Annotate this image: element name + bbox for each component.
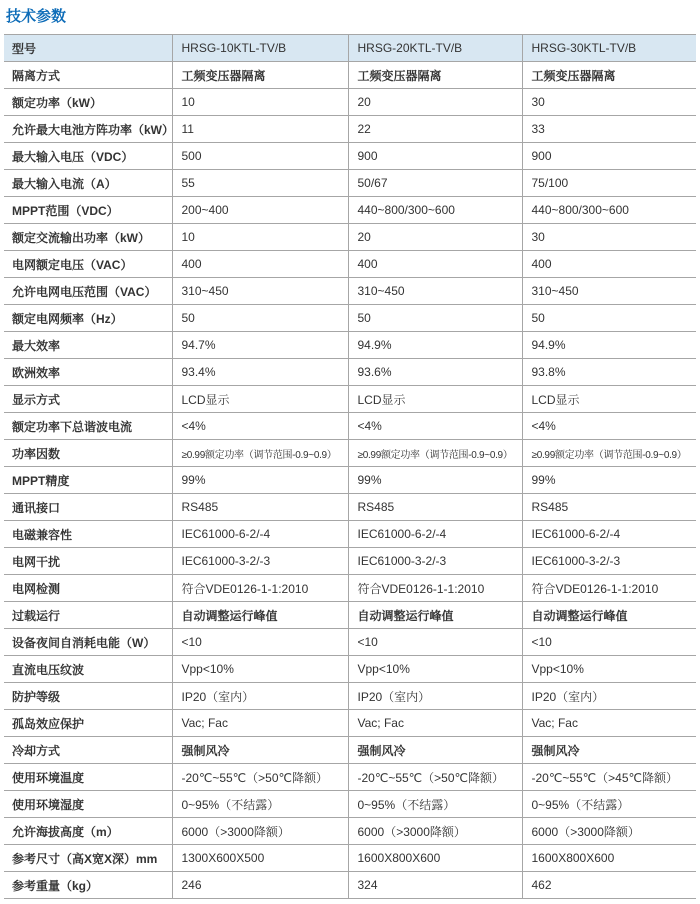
table-row: 设备夜间自消耗电能（W）<10<10<10 bbox=[4, 629, 696, 656]
spec-value: 324 bbox=[348, 872, 522, 899]
spec-value: <4% bbox=[348, 413, 522, 440]
spec-value: 94.7% bbox=[172, 332, 348, 359]
spec-value: 1600X800X600 bbox=[522, 845, 696, 872]
spec-value: Vpp<10% bbox=[348, 656, 522, 683]
spec-value: IEC61000-3-2/-3 bbox=[522, 548, 696, 575]
spec-value: ≥0.99额定功率（调节范围-0.9~0.9） bbox=[172, 440, 348, 467]
spec-label: 使用环境湿度 bbox=[4, 791, 172, 818]
spec-value: 99% bbox=[172, 467, 348, 494]
spec-value: LCD显示 bbox=[522, 386, 696, 413]
spec-value: 50 bbox=[348, 305, 522, 332]
spec-value: RS485 bbox=[522, 494, 696, 521]
table-row: 显示方式LCD显示LCD显示LCD显示 bbox=[4, 386, 696, 413]
spec-value: 符合VDE0126-1-1:2010 bbox=[348, 575, 522, 602]
spec-value: 6000（>3000降额） bbox=[172, 818, 348, 845]
spec-value: 94.9% bbox=[522, 332, 696, 359]
spec-value: 6000（>3000降额） bbox=[348, 818, 522, 845]
model-name-col2: HRSG-20KTL-TV/B bbox=[348, 35, 522, 62]
table-row: 欧洲效率93.4%93.6%93.8% bbox=[4, 359, 696, 386]
spec-value: <10 bbox=[172, 629, 348, 656]
spec-label: 防护等级 bbox=[4, 683, 172, 710]
spec-label: 功率因数 bbox=[4, 440, 172, 467]
spec-value: IP20（室内） bbox=[522, 683, 696, 710]
spec-value: 99% bbox=[348, 467, 522, 494]
spec-value: 工频变压器隔离 bbox=[348, 62, 522, 89]
table-row: 最大效率94.7%94.9%94.9% bbox=[4, 332, 696, 359]
spec-label: 额定功率下总谐波电流 bbox=[4, 413, 172, 440]
spec-label: 额定功率（kW） bbox=[4, 89, 172, 116]
spec-value: 20 bbox=[348, 224, 522, 251]
spec-value: 1300X600X500 bbox=[172, 845, 348, 872]
spec-value: 400 bbox=[522, 251, 696, 278]
model-name-col3: HRSG-30KTL-TV/B bbox=[522, 35, 696, 62]
table-row: 电网额定电压（VAC）400400400 bbox=[4, 251, 696, 278]
spec-value: Vpp<10% bbox=[522, 656, 696, 683]
model-name-col1: HRSG-10KTL-TV/B bbox=[172, 35, 348, 62]
table-row: 额定功率下总谐波电流<4%<4%<4% bbox=[4, 413, 696, 440]
spec-value: 500 bbox=[172, 143, 348, 170]
spec-label: MPPT精度 bbox=[4, 467, 172, 494]
spec-value: 自动调整运行峰值 bbox=[172, 602, 348, 629]
table-row: 电网检测符合VDE0126-1-1:2010符合VDE0126-1-1:2010… bbox=[4, 575, 696, 602]
spec-label: 允许最大电池方阵功率（kW） bbox=[4, 116, 172, 143]
spec-label: 孤岛效应保护 bbox=[4, 710, 172, 737]
table-header-row: 型号 HRSG-10KTL-TV/B HRSG-20KTL-TV/B HRSG-… bbox=[4, 35, 696, 62]
spec-label: 设备夜间自消耗电能（W） bbox=[4, 629, 172, 656]
spec-value: IEC61000-6-2/-4 bbox=[348, 521, 522, 548]
table-row: 孤岛效应保护Vac; FacVac; FacVac; Fac bbox=[4, 710, 696, 737]
spec-label: 额定电网频率（Hz） bbox=[4, 305, 172, 332]
spec-value: 工频变压器隔离 bbox=[172, 62, 348, 89]
page-title: 技术参数 bbox=[6, 8, 700, 25]
table-row: 功率因数≥0.99额定功率（调节范围-0.9~0.9）≥0.99额定功率（调节范… bbox=[4, 440, 696, 467]
spec-value: RS485 bbox=[348, 494, 522, 521]
spec-value: 310~450 bbox=[172, 278, 348, 305]
spec-value: 50/67 bbox=[348, 170, 522, 197]
spec-value: 93.8% bbox=[522, 359, 696, 386]
spec-value: 33 bbox=[522, 116, 696, 143]
spec-value: 强制风冷 bbox=[522, 737, 696, 764]
spec-value: ≥0.99额定功率（调节范围-0.9~0.9） bbox=[522, 440, 696, 467]
spec-value: 20 bbox=[348, 89, 522, 116]
spec-value: 工频变压器隔离 bbox=[522, 62, 696, 89]
spec-label: 显示方式 bbox=[4, 386, 172, 413]
spec-value: 310~450 bbox=[522, 278, 696, 305]
table-row: 允许电网电压范围（VAC）310~450310~450310~450 bbox=[4, 278, 696, 305]
spec-value: IEC61000-3-2/-3 bbox=[348, 548, 522, 575]
spec-label: 电磁兼容性 bbox=[4, 521, 172, 548]
spec-label: MPPT范围（VDC） bbox=[4, 197, 172, 224]
spec-value: 30 bbox=[522, 89, 696, 116]
spec-value: 符合VDE0126-1-1:2010 bbox=[172, 575, 348, 602]
spec-value: 440~800/300~600 bbox=[348, 197, 522, 224]
spec-value: 75/100 bbox=[522, 170, 696, 197]
spec-value: Vac; Fac bbox=[522, 710, 696, 737]
spec-value: 55 bbox=[172, 170, 348, 197]
table-row: MPPT精度99%99%99% bbox=[4, 467, 696, 494]
spec-value: Vpp<10% bbox=[172, 656, 348, 683]
spec-value: IP20（室内） bbox=[172, 683, 348, 710]
spec-value: 400 bbox=[172, 251, 348, 278]
spec-label: 过载运行 bbox=[4, 602, 172, 629]
spec-value: RS485 bbox=[172, 494, 348, 521]
spec-value: 0~95%（不结露） bbox=[348, 791, 522, 818]
spec-value: Vac; Fac bbox=[172, 710, 348, 737]
spec-value: 30 bbox=[522, 224, 696, 251]
spec-value: 50 bbox=[172, 305, 348, 332]
table-row: 直流电压纹波Vpp<10%Vpp<10%Vpp<10% bbox=[4, 656, 696, 683]
spec-value: 900 bbox=[522, 143, 696, 170]
spec-value: IEC61000-3-2/-3 bbox=[172, 548, 348, 575]
spec-value: 440~800/300~600 bbox=[522, 197, 696, 224]
spec-label: 允许电网电压范围（VAC） bbox=[4, 278, 172, 305]
spec-label: 最大输入电压（VDC） bbox=[4, 143, 172, 170]
spec-value: 自动调整运行峰值 bbox=[522, 602, 696, 629]
spec-label: 电网干扰 bbox=[4, 548, 172, 575]
table-row: MPPT范围（VDC）200~400440~800/300~600440~800… bbox=[4, 197, 696, 224]
spec-value: 自动调整运行峰值 bbox=[348, 602, 522, 629]
spec-value: IEC61000-6-2/-4 bbox=[522, 521, 696, 548]
table-row: 通讯接口RS485RS485RS485 bbox=[4, 494, 696, 521]
spec-value: 0~95%（不结露） bbox=[172, 791, 348, 818]
table-row: 最大输入电流（A）5550/6775/100 bbox=[4, 170, 696, 197]
spec-table-body: 隔离方式工频变压器隔离工频变压器隔离工频变压器隔离额定功率（kW）102030允… bbox=[4, 62, 696, 899]
spec-value: IP20（室内） bbox=[348, 683, 522, 710]
spec-value: 99% bbox=[522, 467, 696, 494]
spec-value: <10 bbox=[522, 629, 696, 656]
spec-value: 22 bbox=[348, 116, 522, 143]
spec-value: 11 bbox=[172, 116, 348, 143]
spec-label: 使用环境温度 bbox=[4, 764, 172, 791]
table-row: 电网干扰IEC61000-3-2/-3IEC61000-3-2/-3IEC610… bbox=[4, 548, 696, 575]
spec-label: 参考尺寸（高X宽X深）mm bbox=[4, 845, 172, 872]
spec-value: 符合VDE0126-1-1:2010 bbox=[522, 575, 696, 602]
table-row: 允许最大电池方阵功率（kW）112233 bbox=[4, 116, 696, 143]
spec-value: IEC61000-6-2/-4 bbox=[172, 521, 348, 548]
spec-value: 0~95%（不结露） bbox=[522, 791, 696, 818]
table-row: 最大输入电压（VDC）500900900 bbox=[4, 143, 696, 170]
spec-value: 10 bbox=[172, 89, 348, 116]
table-row: 额定交流输出功率（kW）102030 bbox=[4, 224, 696, 251]
table-row: 过载运行自动调整运行峰值自动调整运行峰值自动调整运行峰值 bbox=[4, 602, 696, 629]
table-row: 额定电网频率（Hz）505050 bbox=[4, 305, 696, 332]
spec-value: <10 bbox=[348, 629, 522, 656]
spec-label: 最大效率 bbox=[4, 332, 172, 359]
spec-table: 型号 HRSG-10KTL-TV/B HRSG-20KTL-TV/B HRSG-… bbox=[4, 34, 696, 899]
spec-label: 额定交流输出功率（kW） bbox=[4, 224, 172, 251]
spec-value: -20℃~55℃（>50℃降额） bbox=[348, 764, 522, 791]
spec-value: 1600X800X600 bbox=[348, 845, 522, 872]
spec-value: 50 bbox=[522, 305, 696, 332]
spec-value: 93.6% bbox=[348, 359, 522, 386]
table-row: 参考重量（kg）246324462 bbox=[4, 872, 696, 899]
table-row: 防护等级IP20（室内）IP20（室内）IP20（室内） bbox=[4, 683, 696, 710]
table-row: 额定功率（kW）102030 bbox=[4, 89, 696, 116]
spec-label: 电网检测 bbox=[4, 575, 172, 602]
spec-value: 强制风冷 bbox=[172, 737, 348, 764]
spec-label: 参考重量（kg） bbox=[4, 872, 172, 899]
table-row: 参考尺寸（高X宽X深）mm1300X600X5001600X800X600160… bbox=[4, 845, 696, 872]
spec-value: 246 bbox=[172, 872, 348, 899]
spec-label: 最大输入电流（A） bbox=[4, 170, 172, 197]
spec-label: 直流电压纹波 bbox=[4, 656, 172, 683]
spec-value: <4% bbox=[522, 413, 696, 440]
spec-label: 隔离方式 bbox=[4, 62, 172, 89]
spec-value: Vac; Fac bbox=[348, 710, 522, 737]
spec-value: 6000（>3000降额） bbox=[522, 818, 696, 845]
spec-value: 400 bbox=[348, 251, 522, 278]
spec-value: LCD显示 bbox=[348, 386, 522, 413]
spec-value: -20℃~55℃（>50℃降额） bbox=[172, 764, 348, 791]
spec-value: 94.9% bbox=[348, 332, 522, 359]
table-row: 冷却方式强制风冷强制风冷强制风冷 bbox=[4, 737, 696, 764]
spec-label: 通讯接口 bbox=[4, 494, 172, 521]
spec-value: 900 bbox=[348, 143, 522, 170]
table-row: 隔离方式工频变压器隔离工频变压器隔离工频变压器隔离 bbox=[4, 62, 696, 89]
spec-value: 310~450 bbox=[348, 278, 522, 305]
spec-value: 10 bbox=[172, 224, 348, 251]
table-row: 使用环境温度-20℃~55℃（>50℃降额）-20℃~55℃（>50℃降额）-2… bbox=[4, 764, 696, 791]
spec-label: 电网额定电压（VAC） bbox=[4, 251, 172, 278]
spec-value: 强制风冷 bbox=[348, 737, 522, 764]
spec-value: <4% bbox=[172, 413, 348, 440]
spec-value: 200~400 bbox=[172, 197, 348, 224]
spec-label: 允许海拔高度（m） bbox=[4, 818, 172, 845]
table-row: 电磁兼容性IEC61000-6-2/-4IEC61000-6-2/-4IEC61… bbox=[4, 521, 696, 548]
spec-value: 93.4% bbox=[172, 359, 348, 386]
spec-value: ≥0.99额定功率（调节范围-0.9~0.9） bbox=[348, 440, 522, 467]
spec-value: LCD显示 bbox=[172, 386, 348, 413]
model-header-label: 型号 bbox=[4, 35, 172, 62]
spec-label: 欧洲效率 bbox=[4, 359, 172, 386]
spec-label: 冷却方式 bbox=[4, 737, 172, 764]
spec-value: 462 bbox=[522, 872, 696, 899]
table-row: 使用环境湿度0~95%（不结露）0~95%（不结露）0~95%（不结露） bbox=[4, 791, 696, 818]
table-row: 允许海拔高度（m）6000（>3000降额）6000（>3000降额）6000（… bbox=[4, 818, 696, 845]
spec-value: -20℃~55℃（>45℃降额） bbox=[522, 764, 696, 791]
